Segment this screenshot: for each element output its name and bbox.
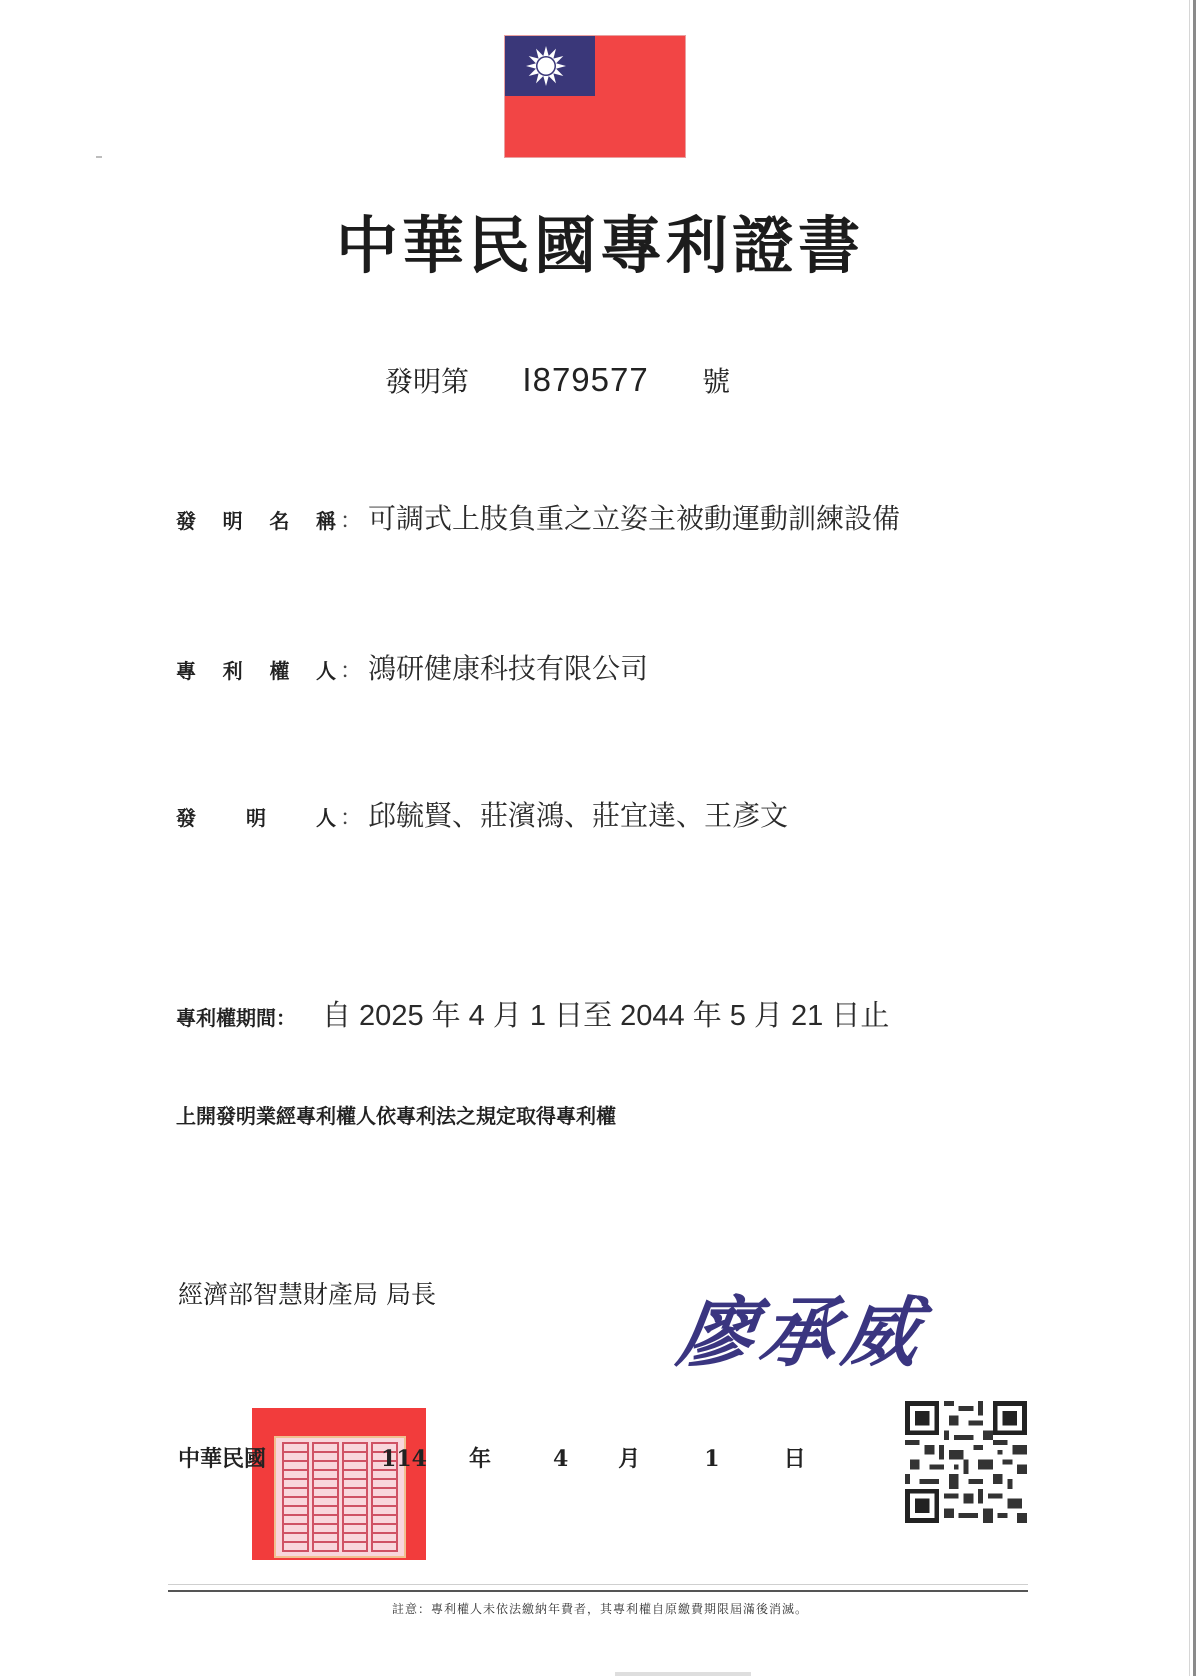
white-sun-icon: [524, 44, 568, 88]
patentee-value: 鴻研健康科技有限公司: [368, 647, 648, 687]
issuing-authority: 經濟部智慧財產局 局長: [178, 1275, 436, 1311]
patent-number-prefix: 發明第: [385, 365, 469, 398]
scan-bottom-mark: [615, 1672, 751, 1676]
issue-date-year: 114: [381, 1446, 427, 1472]
field-colon: ：: [340, 801, 362, 832]
footer-rule: [168, 1590, 1028, 1592]
patent-number-value: I879577: [522, 361, 648, 398]
field-colon: ：: [340, 504, 362, 535]
issue-date-era: 中華民國: [178, 1442, 266, 1473]
patent-term-value: 自 2025 年 4 月 1 日至 2044 年 5 月 21 日止: [322, 993, 889, 1034]
inventors-row: 發 明 人 ： 邱毓賢、莊濱鴻、莊宜達、王彥文: [176, 794, 788, 834]
patent-number-suffix: 號: [702, 365, 730, 398]
footer-rule-faint: [168, 1584, 1028, 1585]
patent-term-row: 專利權期間： 自 2025 年 4 月 1 日至 2044 年 5 月 21 日…: [176, 993, 889, 1034]
inventors-label: 發 明 人: [176, 802, 336, 831]
director-signature: 廖承威: [672, 1272, 933, 1381]
issue-date-day-unit: 日: [784, 1442, 806, 1473]
patent-number: 發明第 I879577 號: [385, 360, 730, 400]
patentee-label: 專 利 權 人: [176, 655, 336, 684]
field-colon: ：: [340, 654, 362, 685]
invention-name-value: 可調式上肢負重之立姿主被動運動訓練設備: [368, 497, 900, 537]
qr-code-icon: [905, 1400, 1027, 1524]
issue-date-year-unit: 年: [469, 1442, 491, 1473]
invention-name-row: 發 明 名 稱 ： 可調式上肢負重之立姿主被動運動訓練設備: [176, 497, 900, 537]
scan-speck: [96, 156, 102, 158]
issue-date: 中華民國 114 年 4 月 1 日: [178, 1442, 806, 1473]
official-seal-icon: [252, 1408, 426, 1560]
inventors-value: 邱毓賢、莊濱鴻、莊宜達、王彥文: [368, 794, 788, 834]
grant-statement: 上開發明業經專利權人依專利法之規定取得專利權: [176, 1100, 616, 1129]
issue-date-month: 4: [553, 1446, 568, 1472]
issue-date-day: 1: [704, 1446, 719, 1472]
taiwan-flag-icon: [505, 36, 685, 157]
issue-date-month-unit: 月: [618, 1442, 640, 1473]
flag-canton: [505, 36, 595, 96]
invention-name-label: 發 明 名 稱: [176, 505, 336, 534]
certificate-title: 中華民國專利證書: [0, 196, 1200, 285]
annual-fee-footnote: 註意：專利權人未依法繳納年費者，其專利權自原繳費期限屆滿後消滅。: [0, 1600, 1200, 1617]
patent-term-label: 專利權期間：: [176, 1002, 296, 1031]
patentee-row: 專 利 權 人 ： 鴻研健康科技有限公司: [176, 647, 648, 687]
